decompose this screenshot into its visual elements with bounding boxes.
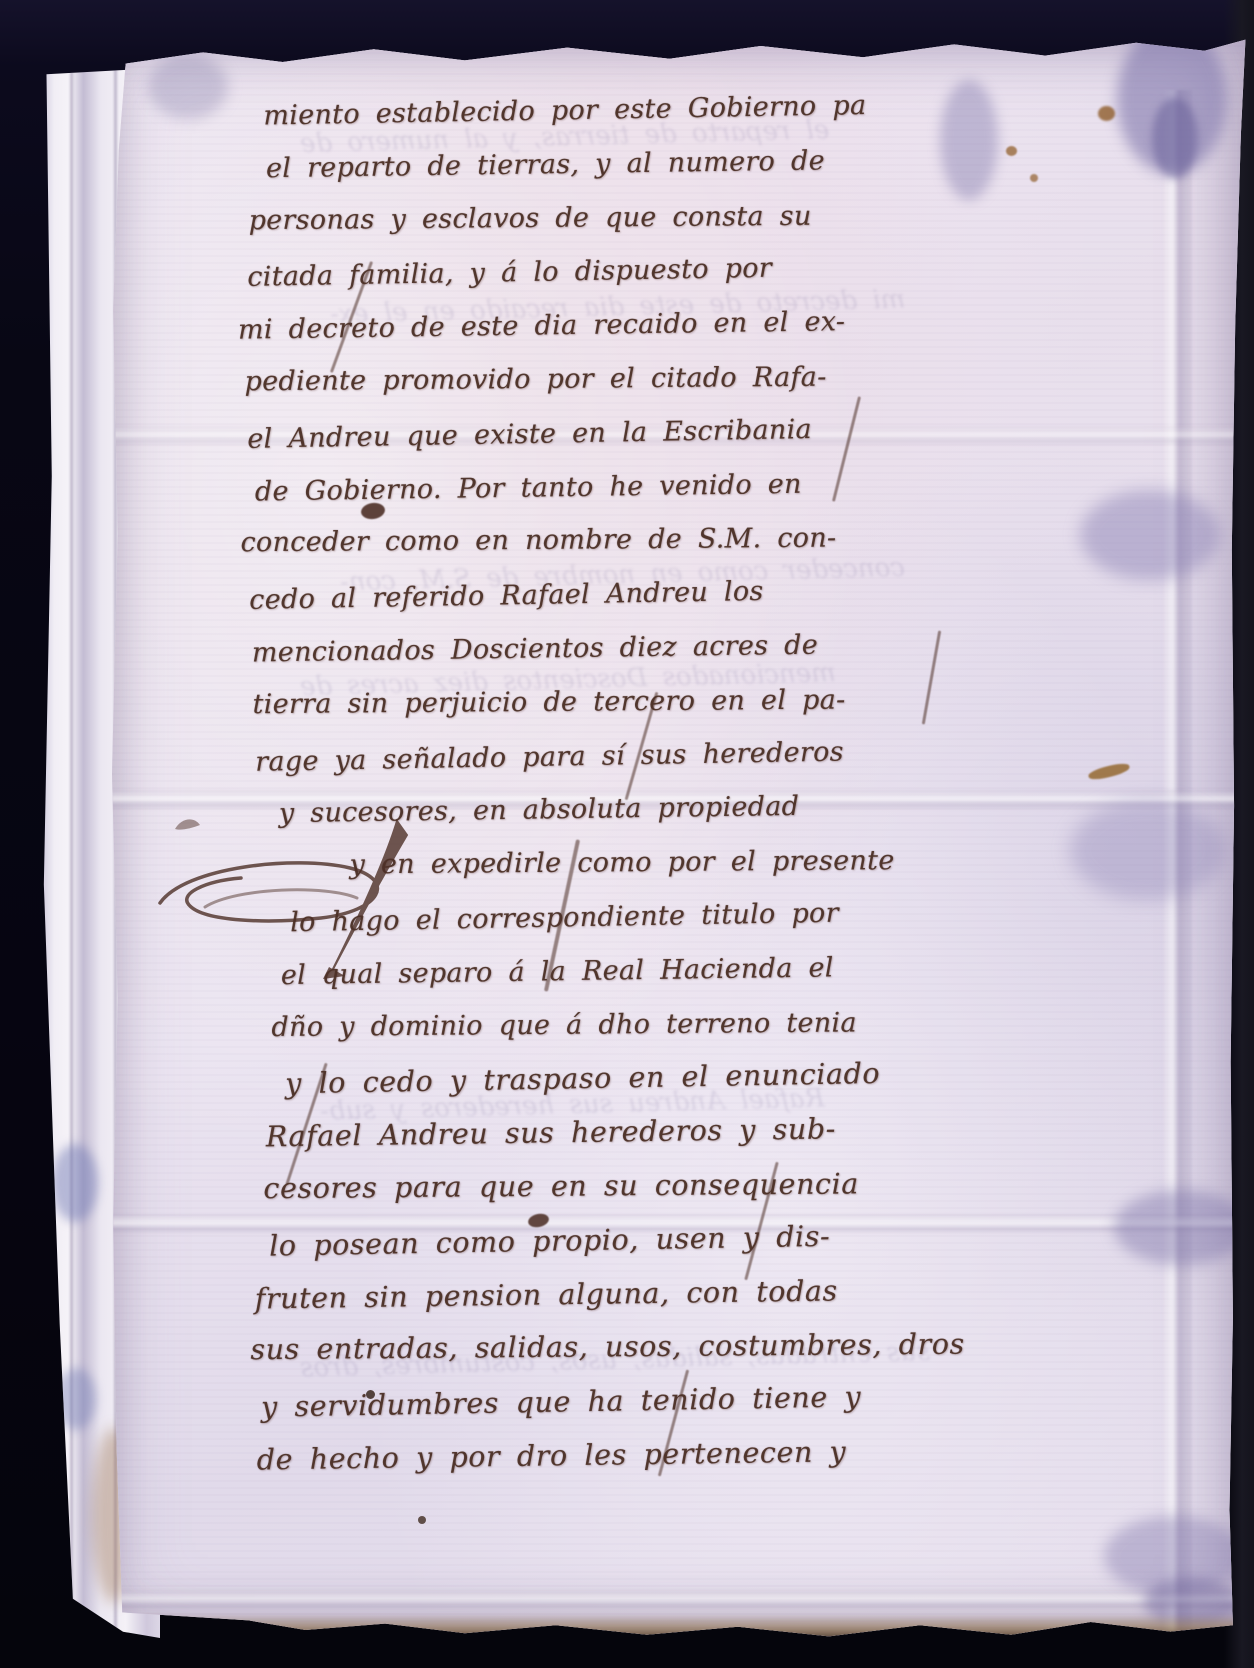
manuscript-line: mi decreto de este dia recaido en el ex- <box>238 293 1019 358</box>
torn-bottom-edge <box>142 1594 1242 1644</box>
foxing-speck <box>1087 761 1130 782</box>
foxing-speck <box>1030 174 1038 182</box>
water-stain <box>1080 490 1220 580</box>
manuscript-line: de Gobierno. Por tanto he venido en <box>240 454 1021 519</box>
manuscript-line: y sucesores, en absoluta propiedad <box>244 777 1025 842</box>
manuscript-line: el qual separo á la Real Hacienda el <box>245 938 1026 1003</box>
photograph-mount: el reparto de tierras, y al numero de mi… <box>0 0 1254 1668</box>
water-stain <box>52 1144 98 1222</box>
manuscript-line: pediente promovido por el citado Rafa- <box>238 349 1018 409</box>
water-stain <box>1070 800 1225 900</box>
manuscript-line: sus entradas, salidas, usos, costumbres,… <box>250 1317 1030 1377</box>
water-stain <box>1152 98 1198 178</box>
water-stain <box>148 54 228 119</box>
manuscript-page: el reparto de tierras, y al numero de mi… <box>112 38 1250 1638</box>
manuscript-line: fruten sin pension alguna, con todas <box>249 1261 1030 1326</box>
manuscript-line: tierra sin perjuicio de tercero en el pa… <box>242 672 1022 732</box>
water-stain <box>1117 24 1227 174</box>
manuscript-line: cesores para que en su consequencia <box>248 1156 1028 1216</box>
ink-speck <box>418 1516 426 1524</box>
water-stain <box>1114 1190 1249 1265</box>
manuscript-line: mencionados Doscientos diez acres de <box>242 616 1023 681</box>
vertical-fold-crease <box>1162 90 1192 1638</box>
water-stain <box>56 1368 96 1430</box>
manuscript-text: miento establecido por este Gobierno pa … <box>235 78 1032 1486</box>
manuscript-line: el reparto de tierras, y al numero de <box>236 132 1017 197</box>
manuscript-line: y en expedirle como por el presente <box>244 833 1024 893</box>
manuscript-line: de hecho y por dro les pertenecen y <box>251 1423 1032 1488</box>
foxing-speck <box>1098 106 1115 121</box>
manuscript-line: Rafael Andreu sus herederos y sub- <box>247 1100 1028 1165</box>
water-stain <box>1104 1516 1244 1596</box>
